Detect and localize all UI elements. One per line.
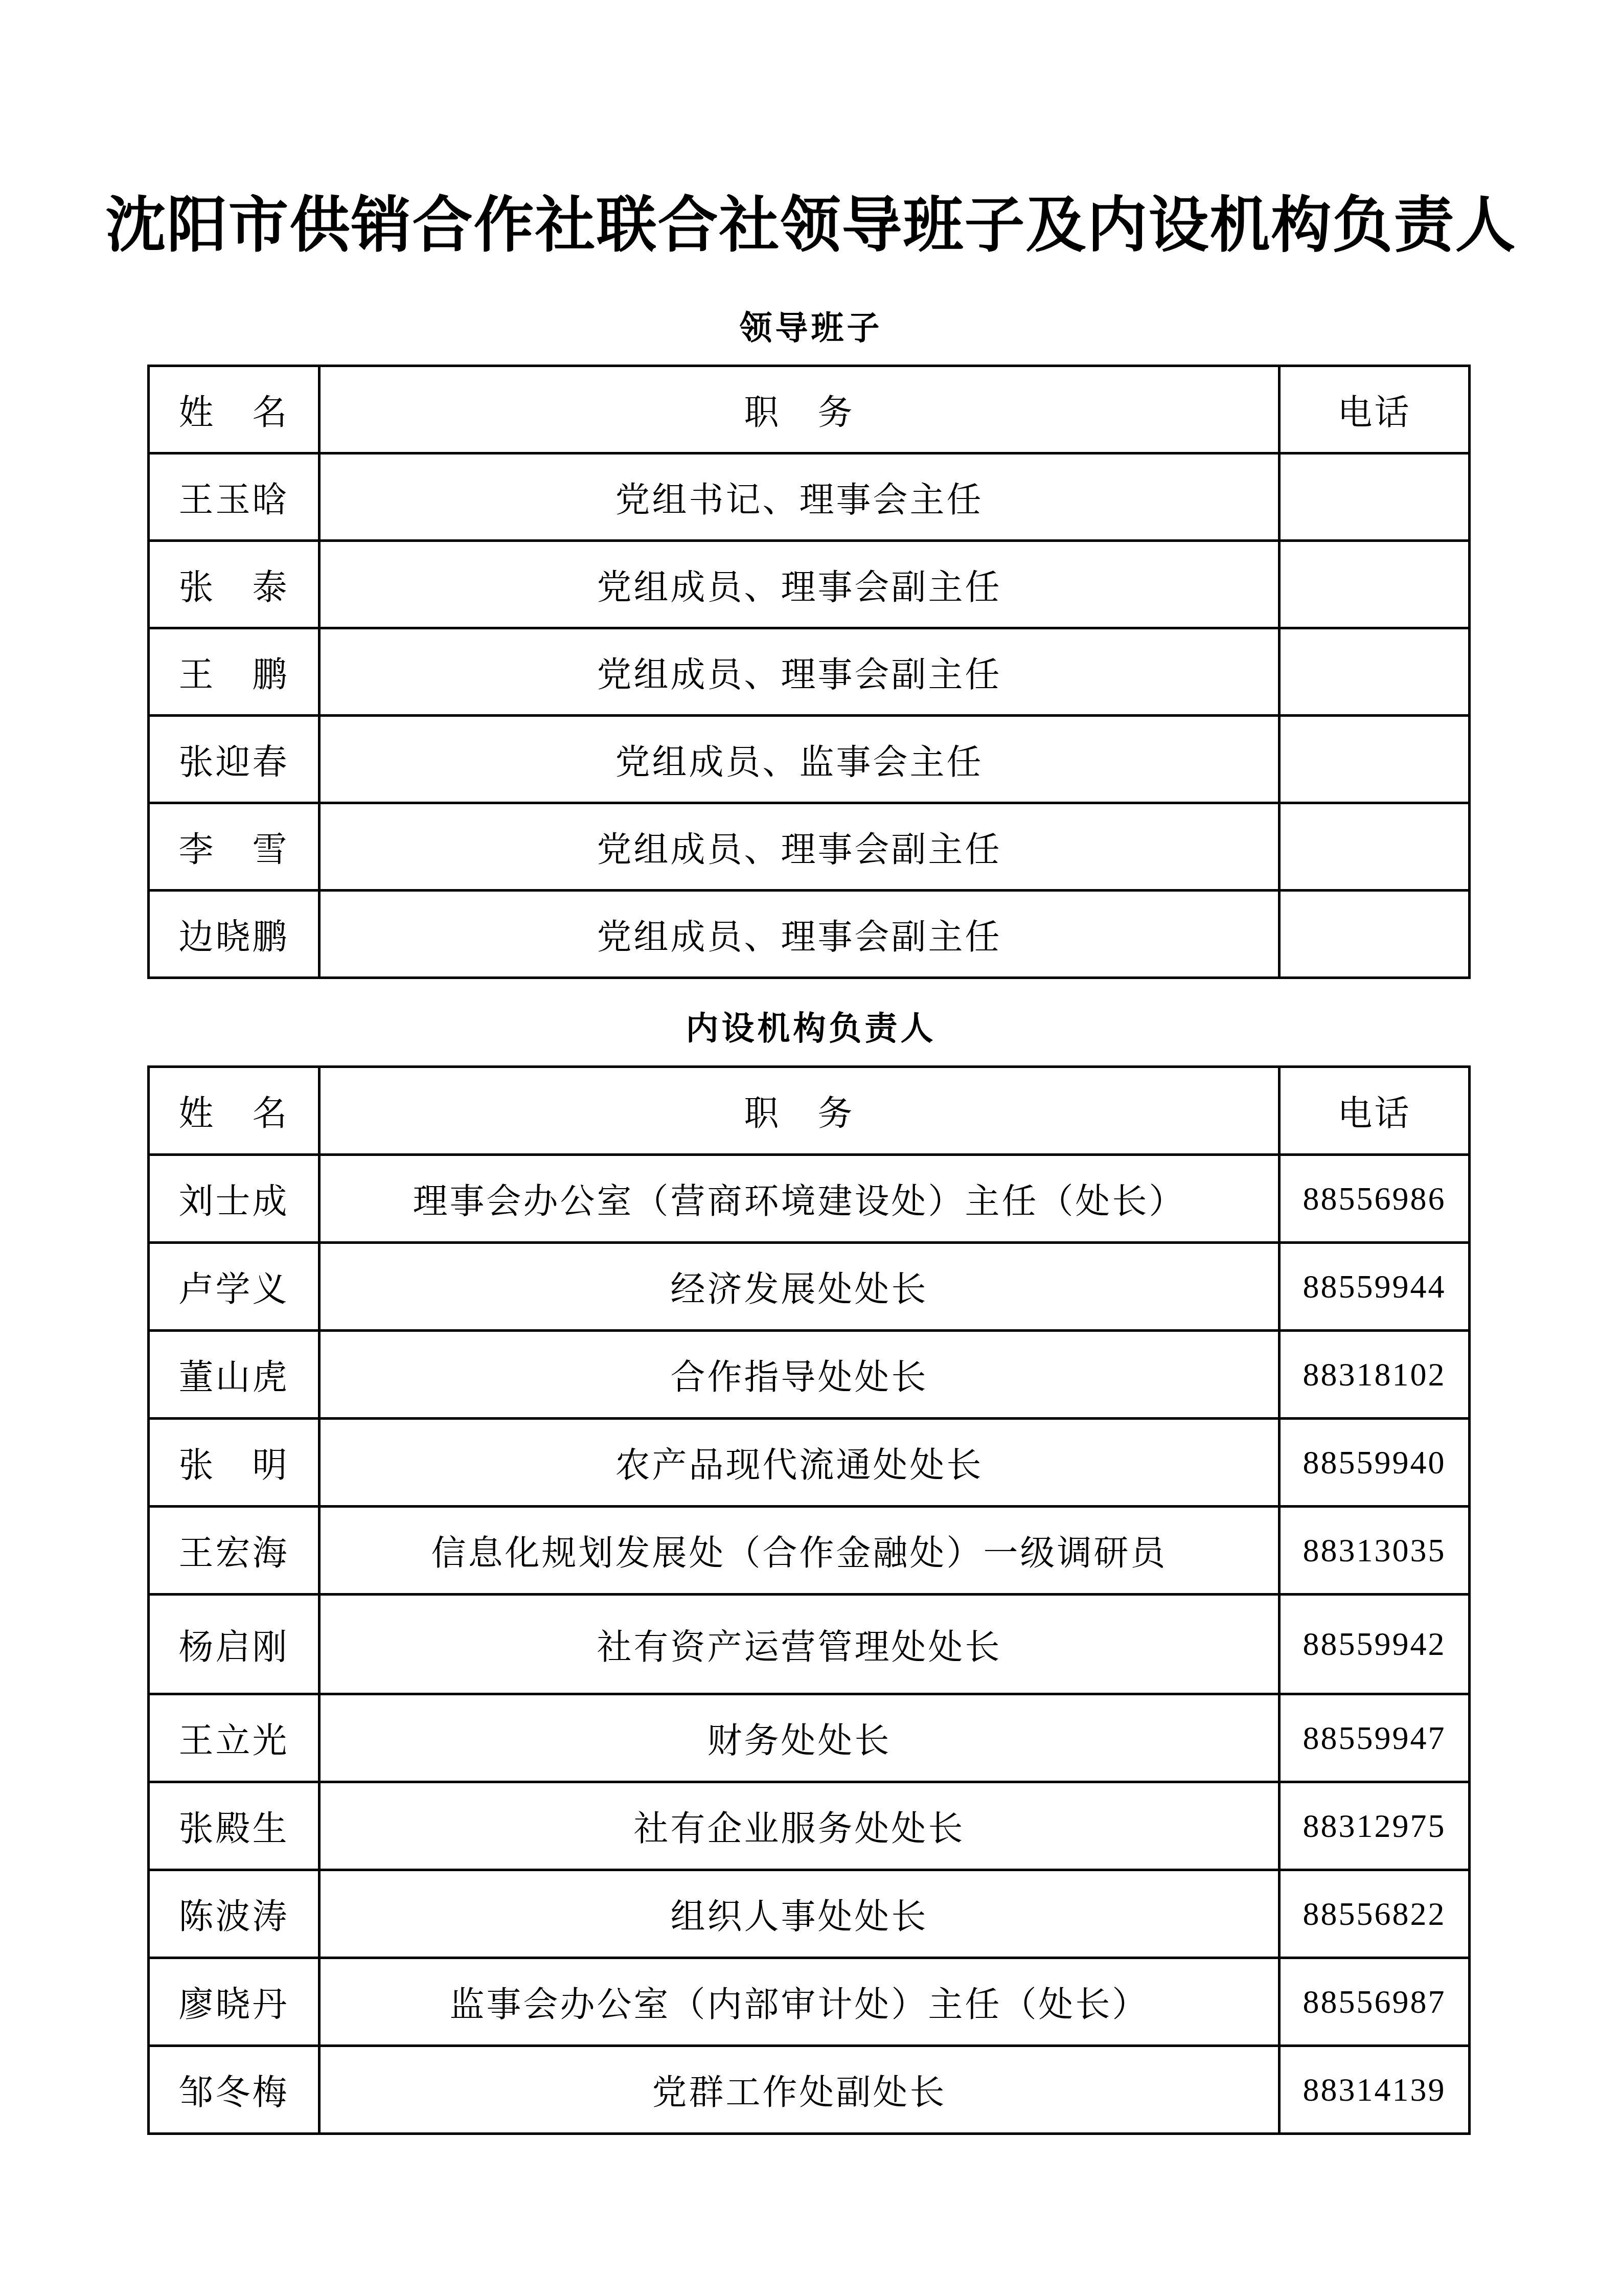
- phone-cell: [1280, 628, 1470, 716]
- position-cell: 党组成员、理事会副主任: [319, 803, 1280, 891]
- position-cell: 理事会办公室（营商环境建设处）主任（处长）: [319, 1155, 1280, 1243]
- phone-cell: 88312975: [1280, 1782, 1470, 1870]
- table-row: 王 鹏 党组成员、理事会副主任: [149, 628, 1470, 716]
- table-row: 杨启刚 社有资产运营管理处处长 88559942: [149, 1595, 1470, 1694]
- table-row: 张殿生 社有企业服务处处长 88312975: [149, 1782, 1470, 1870]
- phone-cell: 88559942: [1280, 1595, 1470, 1694]
- table-row: 邹冬梅 党群工作处副处长 88314139: [149, 2046, 1470, 2134]
- position-cell: 党组书记、理事会主任: [319, 453, 1280, 541]
- name-cell: 王玉晗: [149, 453, 319, 541]
- departments-heading: 内设机构负责人: [0, 1002, 1622, 1049]
- table-row: 董山虎 合作指导处处长 88318102: [149, 1331, 1470, 1419]
- header-position: 职 务: [319, 366, 1280, 453]
- position-cell: 信息化规划发展处（合作金融处）一级调研员: [319, 1507, 1280, 1595]
- table-row: 张迎春 党组成员、监事会主任: [149, 716, 1470, 803]
- position-cell: 党组成员、理事会副主任: [319, 628, 1280, 716]
- phone-cell: 88318102: [1280, 1331, 1470, 1419]
- table-row: 卢学义 经济发展处处长 88559944: [149, 1243, 1470, 1331]
- phone-cell: 88559940: [1280, 1419, 1470, 1507]
- leadership-heading: 领导班子: [0, 302, 1622, 349]
- position-cell: 监事会办公室（内部审计处）主任（处长）: [319, 1958, 1280, 2046]
- name-cell: 王宏海: [149, 1507, 319, 1595]
- name-cell: 刘士成: [149, 1155, 319, 1243]
- phone-cell: 88559944: [1280, 1243, 1470, 1331]
- phone-cell: [1280, 453, 1470, 541]
- name-cell: 廖晓丹: [149, 1958, 319, 2046]
- table-row: 王宏海 信息化规划发展处（合作金融处）一级调研员 88313035: [149, 1507, 1470, 1595]
- position-cell: 党群工作处副处长: [319, 2046, 1280, 2134]
- name-cell: 王立光: [149, 1694, 319, 1782]
- position-cell: 经济发展处处长: [319, 1243, 1280, 1331]
- phone-cell: 88314139: [1280, 2046, 1470, 2134]
- table-row: 廖晓丹 监事会办公室（内部审计处）主任（处长） 88556987: [149, 1958, 1470, 2046]
- name-cell: 王 鹏: [149, 628, 319, 716]
- phone-cell: [1280, 716, 1470, 803]
- departments-table: 姓 名 职 务 电话 刘士成 理事会办公室（营商环境建设处）主任（处长） 885…: [147, 1065, 1471, 2135]
- name-cell: 杨启刚: [149, 1595, 319, 1694]
- position-cell: 社有资产运营管理处处长: [319, 1595, 1280, 1694]
- phone-cell: 88559947: [1280, 1694, 1470, 1782]
- header-phone: 电话: [1280, 1067, 1470, 1155]
- position-cell: 党组成员、监事会主任: [319, 716, 1280, 803]
- header-phone: 电话: [1280, 366, 1470, 453]
- name-cell: 陈波涛: [149, 1870, 319, 1958]
- phone-cell: 88556822: [1280, 1870, 1470, 1958]
- phone-cell: 88556986: [1280, 1155, 1470, 1243]
- position-cell: 社有企业服务处处长: [319, 1782, 1280, 1870]
- name-cell: 张 泰: [149, 541, 319, 628]
- leadership-table: 姓 名 职 务 电话 王玉晗 党组书记、理事会主任 张 泰 党组成员、理事会副主…: [147, 365, 1471, 979]
- name-cell: 边晓鹏: [149, 891, 319, 978]
- table-row: 陈波涛 组织人事处处长 88556822: [149, 1870, 1470, 1958]
- position-cell: 党组成员、理事会副主任: [319, 891, 1280, 978]
- table-row: 刘士成 理事会办公室（营商环境建设处）主任（处长） 88556986: [149, 1155, 1470, 1243]
- position-cell: 财务处处长: [319, 1694, 1280, 1782]
- name-cell: 张迎春: [149, 716, 319, 803]
- phone-cell: [1280, 891, 1470, 978]
- position-cell: 农产品现代流通处处长: [319, 1419, 1280, 1507]
- header-name: 姓 名: [149, 366, 319, 453]
- name-cell: 卢学义: [149, 1243, 319, 1331]
- name-cell: 张 明: [149, 1419, 319, 1507]
- position-cell: 合作指导处处长: [319, 1331, 1280, 1419]
- table-row: 王玉晗 党组书记、理事会主任: [149, 453, 1470, 541]
- phone-cell: 88556987: [1280, 1958, 1470, 2046]
- table-row: 张 明 农产品现代流通处处长 88559940: [149, 1419, 1470, 1507]
- table-header-row: 姓 名 职 务 电话: [149, 366, 1470, 453]
- phone-cell: [1280, 541, 1470, 628]
- document-title: 沈阳市供销合作社联合社领导班子及内设机构负责人: [0, 176, 1622, 263]
- name-cell: 张殿生: [149, 1782, 319, 1870]
- header-position: 职 务: [319, 1067, 1280, 1155]
- position-cell: 组织人事处处长: [319, 1870, 1280, 1958]
- table-row: 王立光 财务处处长 88559947: [149, 1694, 1470, 1782]
- name-cell: 邹冬梅: [149, 2046, 319, 2134]
- table-row: 张 泰 党组成员、理事会副主任: [149, 541, 1470, 628]
- table-header-row: 姓 名 职 务 电话: [149, 1067, 1470, 1155]
- header-name: 姓 名: [149, 1067, 319, 1155]
- name-cell: 李 雪: [149, 803, 319, 891]
- table-row: 李 雪 党组成员、理事会副主任: [149, 803, 1470, 891]
- phone-cell: 88313035: [1280, 1507, 1470, 1595]
- phone-cell: [1280, 803, 1470, 891]
- name-cell: 董山虎: [149, 1331, 319, 1419]
- table-row: 边晓鹏 党组成员、理事会副主任: [149, 891, 1470, 978]
- position-cell: 党组成员、理事会副主任: [319, 541, 1280, 628]
